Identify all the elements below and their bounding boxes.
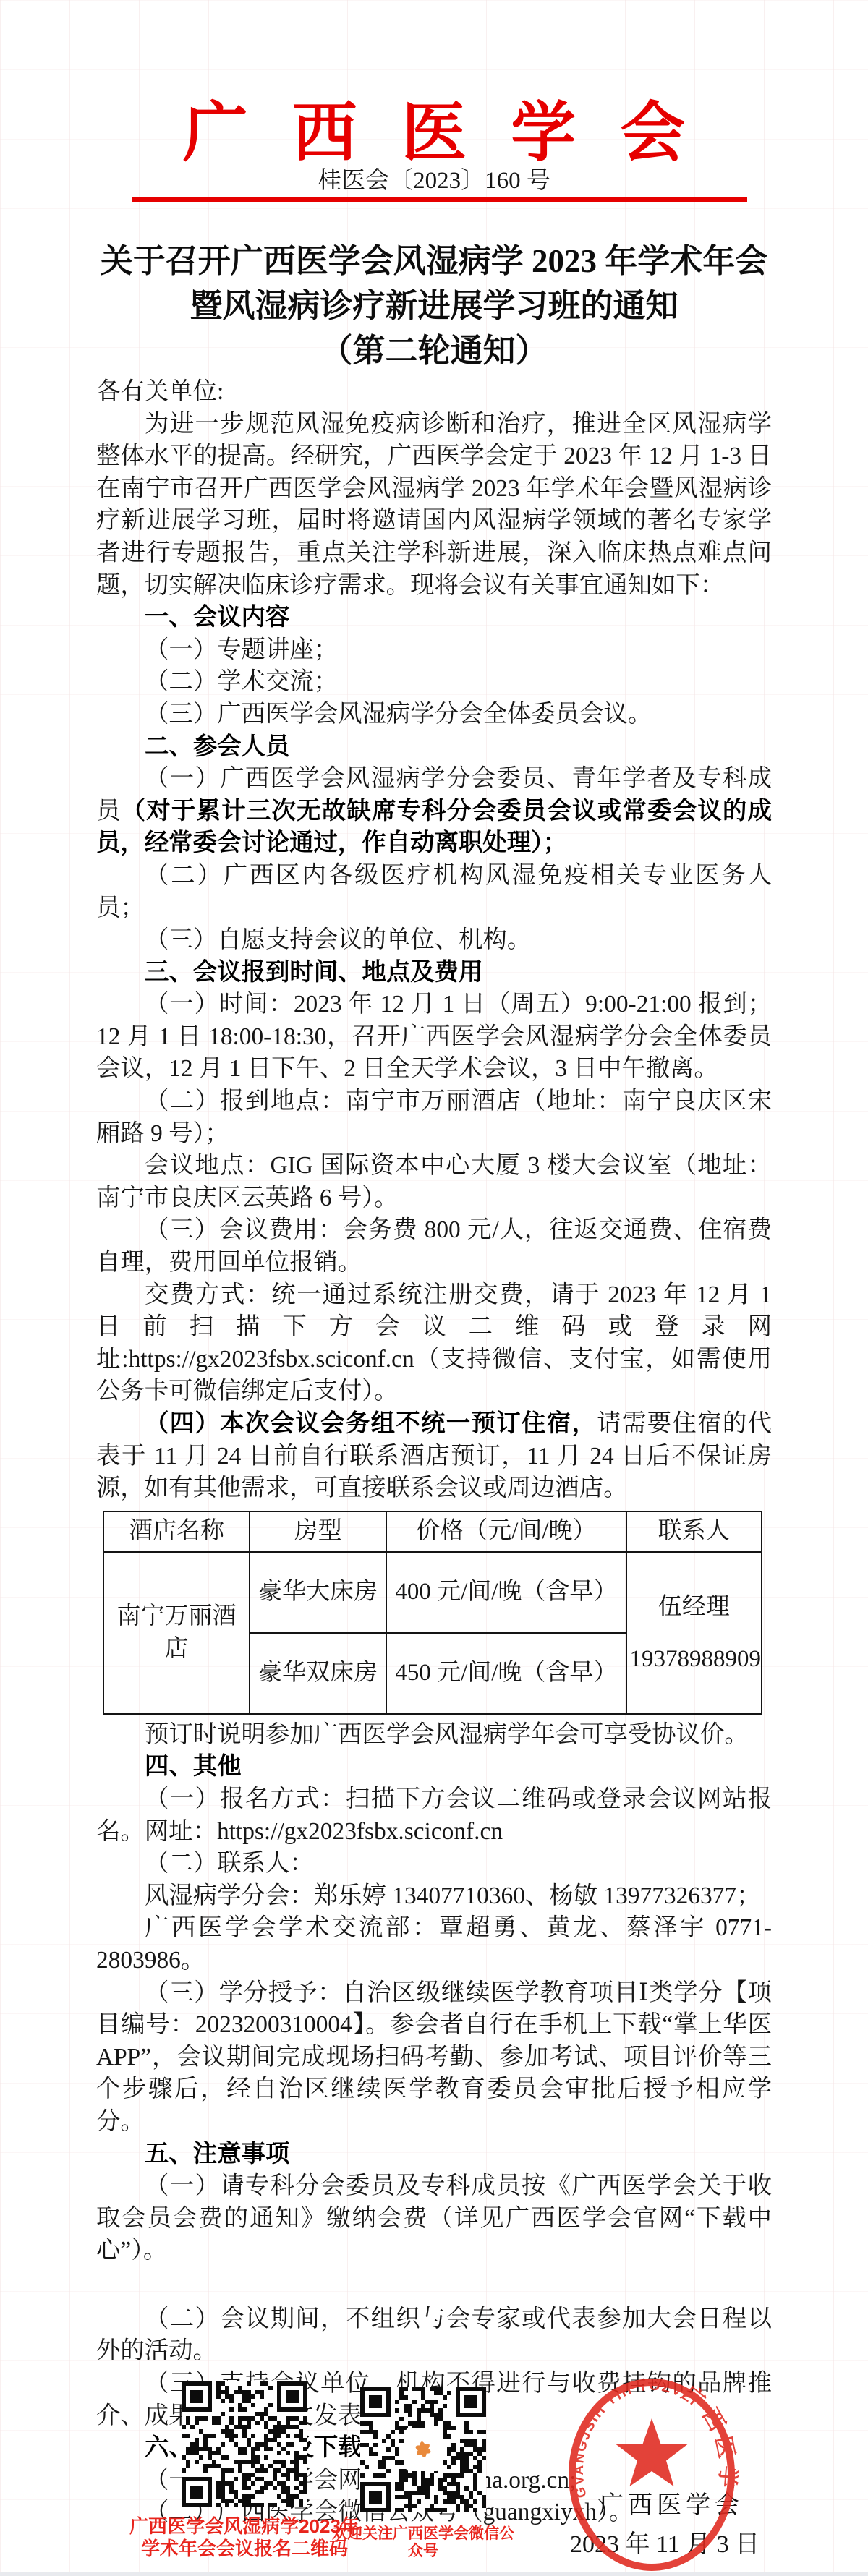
body-paragraph: （一）广西医学会风湿病学分会委员、青年学者及专科成员（对于累计三次无故缺席专科分… — [96, 763, 772, 860]
section-heading: 三、会议报到时间、地点及费用 — [96, 957, 772, 989]
bold-text-run: （四）本次会议会务组不统一预订住宿， — [145, 1410, 597, 1437]
text-run: 五、注意事项 — [145, 2141, 289, 2167]
body-paragraph: （二）报到地点：南宁市万丽酒店（地址：南宁良庆区宋厢路 9 号）； — [96, 1086, 772, 1150]
text-run: （二）报到地点：南宁市万丽酒店（地址：南宁良庆区宋厢路 9 号）； — [96, 1088, 772, 1147]
body-paragraph: 为进一步规范风湿免疫病诊断和治疗，推进全区风湿病学整体水平的提高。经研究，广西医… — [96, 409, 772, 602]
body-paragraph: （一）请专科分会委员及专科成员按《广西医学会关于收取会员会费的通知》缴纳会费（详… — [96, 2170, 772, 2267]
body-paragraph: 风湿病学分会：郑乐婷 13407710360、杨敏 13977326377； — [96, 1880, 772, 1913]
text-run: （二）学术交流； — [145, 668, 338, 695]
hotel-table-row: 南宁万丽酒店豪华大床房400 元/间/晚（含早）伍经理19378988909 — [103, 1552, 762, 1633]
text-run: （二）会议期间，不组织与会专家或代表参加大会日程以外的活动。 — [96, 2306, 772, 2365]
text-run: 一、会议内容 — [145, 604, 289, 631]
body-paragraph: （二）广西区内各级医疗机构风湿免疫相关专业医务人员； — [96, 860, 772, 924]
text-run: （一）专题讲座； — [145, 636, 338, 663]
hotel-table-col-header: 联系人 — [626, 1511, 762, 1552]
bold-text-run: （对于累计三次无故缺席专科分会委员会议或常委会议的成员，经常委会讨论通过，作自动… — [96, 798, 772, 857]
text-run: （一）时间：2023 年 12 月 1 日（周五）9:00-21:00 报到；1… — [96, 991, 772, 1082]
body-paragraph: （二）会议期间，不组织与会专家或代表参加大会日程以外的活动。 — [96, 2303, 772, 2368]
body-paragraph: （一）专题讲座； — [96, 634, 772, 667]
hotel-table-header: 酒店名称房型价格（元/间/晚）联系人 — [103, 1511, 762, 1552]
section-heading: 二、参会人员 — [96, 731, 772, 764]
doc-title-line3: （第二轮通知） — [0, 328, 868, 373]
hotel-table-header-row: 酒店名称房型价格（元/间/晚）联系人 — [103, 1511, 762, 1552]
text-run: （二）联系人： — [145, 1850, 314, 1877]
doc-number: 桂医会〔2023〕160 号 — [0, 168, 868, 194]
section-heading: 五、注意事项 — [96, 2138, 772, 2171]
hotel-table-body: 南宁万丽酒店豪华大床房400 元/间/晚（含早）伍经理19378988909豪华… — [103, 1552, 762, 1714]
hotel-table: 酒店名称房型价格（元/间/晚）联系人 南宁万丽酒店豪华大床房400 元/间/晚（… — [103, 1511, 762, 1715]
text-run: （三）学分授予：自治区级继续医学教育项目Ⅰ类学分【项目编号：2023200310… — [96, 1979, 772, 2135]
text-run: （二）广西区内各级医疗机构风湿免疫相关专业医务人员； — [96, 862, 772, 921]
body-paragraph: 会议地点：GIG 国际资本中心大厦 3 楼大会议室（地址：南宁市良庆区云英路 6… — [96, 1150, 772, 1214]
doc-title-line2: 暨风湿病诊疗新进展学习班的通知 — [0, 283, 868, 328]
text-run: 二、参会人员 — [145, 733, 289, 760]
body-paragraph: （一）时间：2023 年 12 月 1 日（周五）9:00-21:00 报到；1… — [96, 989, 772, 1086]
hotel-table-col-header: 酒店名称 — [103, 1511, 250, 1552]
text-run: （一）请专科分会委员及专科成员按《广西医学会关于收取会员会费的通知》缴纳会费（详… — [96, 2172, 772, 2264]
wechat-qr-code — [360, 2387, 486, 2512]
text-run: 会议地点：GIG 国际资本中心大厦 3 楼大会议室（地址：南宁市良庆区云英路 6… — [96, 1152, 772, 1211]
hotel-table-col-header: 房型 — [250, 1511, 386, 1552]
body-paragraph: （三）学分授予：自治区级继续医学教育项目Ⅰ类学分【项目编号：2023200310… — [96, 1977, 772, 2138]
page-bottom-edge — [0, 2572, 868, 2576]
document-body: 各有关单位:为进一步规范风湿免疫病诊断和治疗，推进全区风湿病学整体水平的提高。经… — [96, 376, 772, 2529]
text-run: 为进一步规范风湿免疫病诊断和治疗，推进全区风湿病学整体水平的提高。经研究，广西医… — [96, 411, 772, 599]
text-run: 各有关单位: — [96, 378, 224, 405]
body-paragraph: （四）本次会议会务组不统一预订住宿，请需要住宿的代表于 11 月 24 日前自行… — [96, 1408, 772, 1505]
body-paragraph: （二）联系人： — [96, 1848, 772, 1880]
contact-name: 伍经理 — [630, 1581, 758, 1633]
document-page: 广西医学会 桂医会〔2023〕160 号 关于召开广西医学会风湿病学 2023 … — [0, 0, 868, 2576]
body-paragraph: （三）自愿支持会议的单位、机构。 — [96, 924, 772, 957]
body-paragraphs-before-table: 各有关单位:为进一步规范风湿免疫病诊断和治疗，推进全区风湿病学整体水平的提高。经… — [96, 376, 772, 1505]
text-run: （三）自愿支持会议的单位、机构。 — [145, 926, 531, 953]
text-run: 广西医学会学术交流部：覃超勇、黄龙、蔡泽宇 0771-2803986。 — [96, 1914, 772, 1974]
contact-phone: 19378988909 — [630, 1633, 758, 1685]
body-paragraph: 交费方式：统一通过系统注册交费，请于 2023 年 12 月 1 日前扫描下方会… — [96, 1279, 772, 1408]
text-run: （三）会议费用：会务费 800 元/人，往返交通费、住宿费自理，费用回单位报销。 — [96, 1216, 772, 1276]
section-heading: 一、会议内容 — [96, 602, 772, 634]
body-paragraph: 广西医学会学术交流部：覃超勇、黄龙、蔡泽宇 0771-2803986。 — [96, 1912, 772, 1976]
room-price-cell: 400 元/间/晚（含早） — [386, 1552, 626, 1633]
text-run: （三）广西医学会风湿病学分会全体委员会议。 — [145, 701, 652, 728]
text-run: 预订时说明参加广西医学会风湿病学年会可享受协议价。 — [145, 1721, 749, 1748]
doc-title-line1: 关于召开广西医学会风湿病学 2023 年学术年会 — [0, 239, 868, 283]
text-run: 三、会议报到时间、地点及费用 — [145, 959, 482, 986]
room-price-cell: 450 元/间/晚（含早） — [386, 1633, 626, 1714]
body-paragraph: （二）学术交流； — [96, 666, 772, 699]
room-type-cell: 豪华双床房 — [250, 1633, 386, 1714]
text-run: 交费方式：统一通过系统注册交费，请于 2023 年 12 月 1 日前扫描下方会… — [96, 1281, 772, 1405]
hotel-name-cell: 南宁万丽酒店 — [103, 1552, 250, 1714]
body-paragraph: （三）广西医学会风湿病学分会全体委员会议。 — [96, 699, 772, 731]
doc-title: 关于召开广西医学会风湿病学 2023 年学术年会 暨风湿病诊疗新进展学习班的通知… — [0, 239, 868, 373]
room-type-cell: 豪华大床房 — [250, 1552, 386, 1633]
org-title: 广西医学会 — [0, 101, 868, 166]
contact-cell: 伍经理19378988909 — [626, 1552, 762, 1714]
body-paragraph: 各有关单位: — [96, 376, 772, 409]
text-run: （一）报名方式：扫描下方会议二维码或登录会议网站报名。网址：https://gx… — [96, 1786, 772, 1845]
text-run: 四、其他 — [145, 1753, 242, 1780]
text-run: 风湿病学分会：郑乐婷 13407710360、杨敏 13977326377； — [145, 1882, 760, 1909]
registration-qr-code — [182, 2381, 307, 2507]
body-paragraph: （一）报名方式：扫描下方会议二维码或登录会议网站报名。网址：https://gx… — [96, 1783, 772, 1848]
hotel-table-col-header: 价格（元/间/晚） — [386, 1511, 626, 1552]
red-divider-line — [132, 197, 747, 202]
wechat-qr-block: 欢迎关注广西医学会微信公众号 — [325, 2387, 521, 2559]
section-heading: 四、其他 — [96, 1751, 772, 1783]
body-paragraph: 预订时说明参加广西医学会风湿病学年会可享受协议价。 — [96, 1719, 772, 1752]
body-paragraph: （三）会议费用：会务费 800 元/人，往返交通费、住宿费自理，费用回单位报销。 — [96, 1214, 772, 1279]
seal-star-icon — [616, 2418, 688, 2486]
wechat-qr-caption: 欢迎关注广西医学会微信公众号 — [325, 2525, 521, 2559]
official-red-seal: GVANGJSIH YIH YOZVEI 广西医学会 — [565, 2378, 739, 2576]
